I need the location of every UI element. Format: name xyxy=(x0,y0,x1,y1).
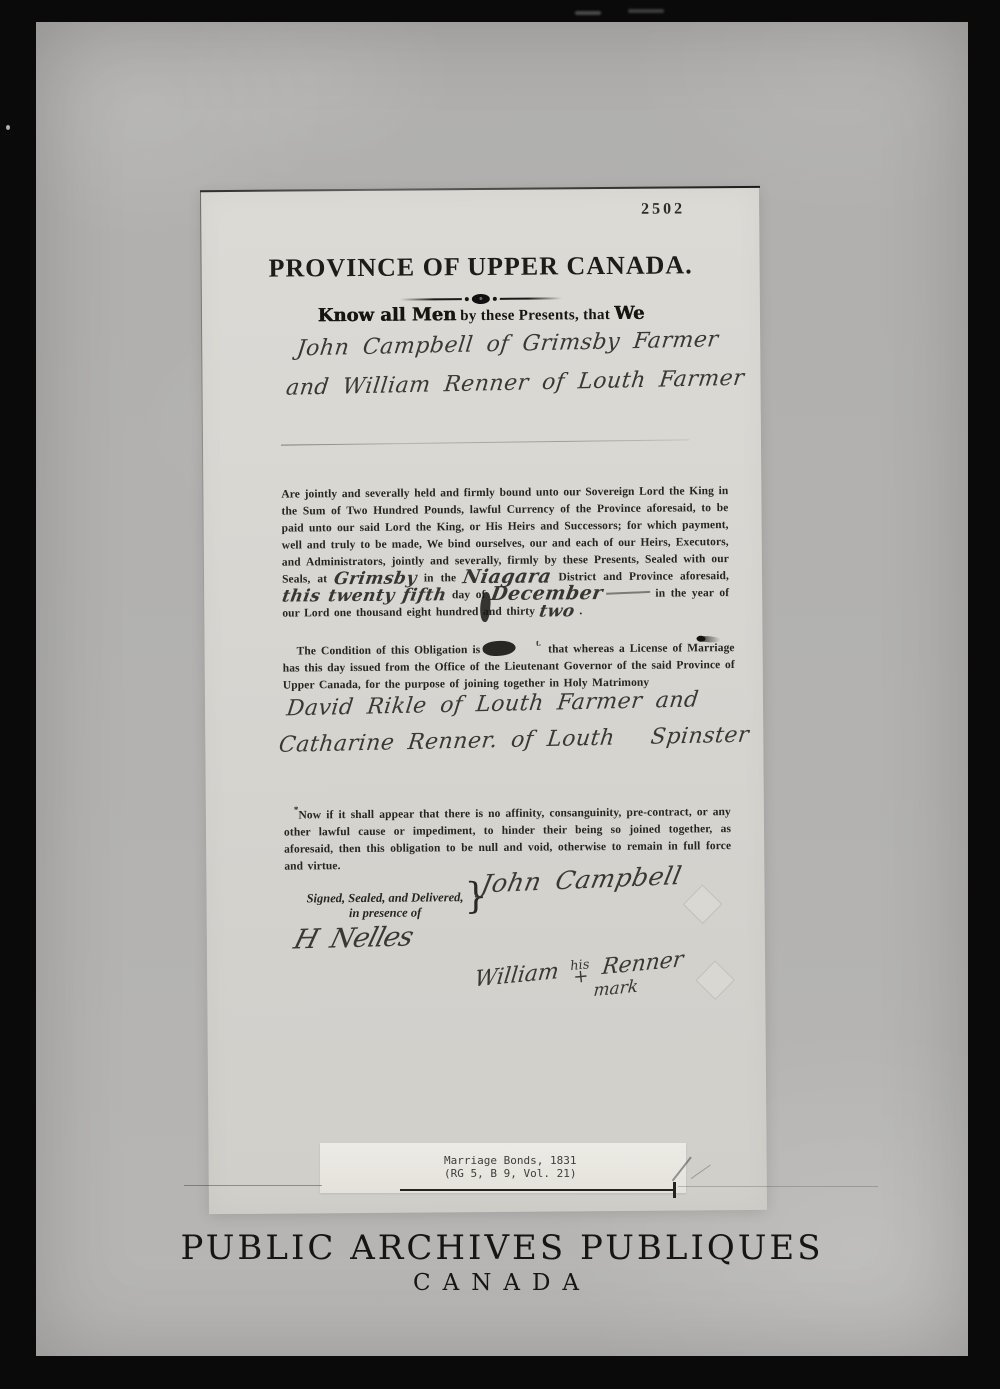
page-number: 2502 xyxy=(641,200,685,218)
pen-rule-line xyxy=(281,439,689,445)
attestation-clause: Signed, Sealed, and Delivered, in presen… xyxy=(306,890,463,921)
insertion-mark: t. xyxy=(522,635,541,652)
signature-william-renner: William his + Renner mark xyxy=(474,947,686,1012)
handwritten-place: Grimsby xyxy=(334,579,417,580)
divider-line xyxy=(500,297,562,299)
archive-label-line1: Marriage Bonds, 1831 xyxy=(444,1154,576,1167)
film-edge-mark xyxy=(575,11,601,15)
archives-subtitle: CANADA xyxy=(36,1270,968,1296)
faint-seal-impression xyxy=(683,884,723,924)
opening-line: Know all Men by these Presents, that We xyxy=(202,302,760,327)
handwritten-month: December xyxy=(491,593,603,594)
divider-line xyxy=(400,298,462,300)
faint-rule-left xyxy=(184,1185,322,1186)
document-paper: 2502 PROVINCE OF UPPER CANADA. Know all … xyxy=(201,188,767,1214)
archive-label-card: Marriage Bonds, 1831 (RG 5, B 9, Vol. 21… xyxy=(320,1143,686,1193)
attestation-line2: in presence of xyxy=(307,905,464,921)
condition-text-1: The Condition of this Obligation is xyxy=(297,644,481,657)
faint-seal-impression xyxy=(695,960,735,1000)
divider-center xyxy=(472,294,490,304)
handwritten-obligors-line1: John Campbell of Grimsby Farmer xyxy=(295,327,720,361)
bond-text-6: . xyxy=(579,605,582,617)
label-underline xyxy=(400,1189,674,1191)
film-speck xyxy=(6,125,10,130)
film-edge-mark xyxy=(628,9,664,13)
obscured-word: such, xyxy=(485,644,511,656)
his-mark-stack: his + xyxy=(570,958,591,983)
couple-line2-names: Catharine Renner. of Louth xyxy=(277,726,616,758)
handwritten-day: this twenty fifth xyxy=(282,595,446,596)
divider-dot xyxy=(493,297,497,301)
archive-label-line2: (RG 5, B 9, Vol. 21) xyxy=(444,1167,576,1180)
signature-witness: H Nelles xyxy=(291,922,416,956)
bond-paragraph: Are jointly and severally held and firml… xyxy=(281,483,729,623)
microfilm-frame: 2502 PROVINCE OF UPPER CANADA. Know all … xyxy=(0,0,1000,1389)
attestation-line1: Signed, Sealed, and Delivered, xyxy=(306,890,463,906)
opening-gothic-1: Know all Men xyxy=(317,304,456,326)
handwritten-couple-line2: Catharine Renner. of LouthSpinster xyxy=(277,723,750,758)
document-title: PROVINCE OF UPPER CANADA. xyxy=(201,250,759,284)
bond-text-2: in the xyxy=(424,572,456,584)
couple-line2-status: Spinster xyxy=(649,723,750,750)
pen-flourish xyxy=(606,591,650,595)
opening-roman: by these Presents, that xyxy=(456,307,614,324)
condition-paragraph: The Condition of this Obligation is such… xyxy=(283,640,735,695)
handwritten-obligors-line2: and William Renner of Louth Farmer xyxy=(285,366,746,401)
handwritten-district: Niagara xyxy=(463,576,551,577)
archives-title: PUBLIC ARCHIVES PUBLIQUES xyxy=(36,1228,968,1268)
archive-label-text: Marriage Bonds, 1831 (RG 5, B 9, Vol. 21… xyxy=(444,1154,576,1180)
photo-area: 2502 PROVINCE OF UPPER CANADA. Know all … xyxy=(36,22,968,1356)
divider-dot xyxy=(465,297,469,301)
opening-gothic-2: We xyxy=(614,303,644,324)
